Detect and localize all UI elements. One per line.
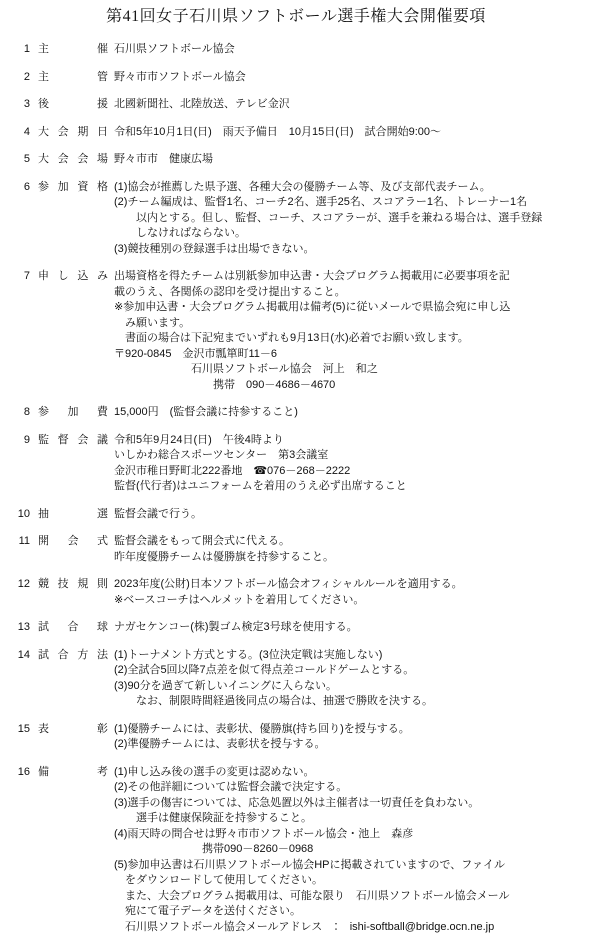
item-row: 11 開会式 監督会議をもって開会式に代える。昨年度優勝チームは優勝旗を持参する… <box>0 534 592 565</box>
item-number: 12 <box>0 577 30 593</box>
item-content: (1)優勝チームには、表彰状、優勝旗(持ち回り)を授与する。(2)準優勝チームに… <box>114 722 592 753</box>
content-line: いしかわ総合スポーツセンター 第3会議室 <box>114 448 592 464</box>
content-line: をダウンロードして使用してください。 <box>114 873 592 889</box>
content-line: (2)その他詳細については監督会議で決定する。 <box>114 780 592 796</box>
item-row: 3 後援 北國新聞社、北陸放送、テレビ金沢 <box>0 97 592 113</box>
item-content: 野々市市 健康広場 <box>114 152 592 168</box>
content-line: (1)優勝チームには、表彰状、優勝旗(持ち回り)を授与する。 <box>114 722 592 738</box>
content-line: 野々市市ソフトボール協会 <box>114 70 592 86</box>
item-row: 2 主管 野々市市ソフトボール協会 <box>0 70 592 86</box>
item-row: 5 大会会場 野々市市 健康広場 <box>0 152 592 168</box>
item-number: 10 <box>0 507 30 523</box>
item-number: 15 <box>0 722 30 738</box>
content-line: (3)競技種別の登録選手は出場できない。 <box>114 242 592 258</box>
content-line: 携帯 090－4686－4670 <box>114 378 592 394</box>
item-content: 監督会議をもって開会式に代える。昨年度優勝チームは優勝旗を持参すること。 <box>114 534 592 565</box>
item-content: 北國新聞社、北陸放送、テレビ金沢 <box>114 97 592 113</box>
item-label: 備考 <box>38 765 108 781</box>
content-line: ※ベースコーチはヘルメットを着用してください。 <box>114 593 592 609</box>
item-label: 大会会場 <box>38 152 108 168</box>
content-line: 令和5年10月1日(日) 雨天予備日 10月15日(日) 試合開始9:00～ <box>114 125 592 141</box>
content-line: (2)チーム編成は、監督1名、コーチ2名、選手25名、スコアラー1名、トレーナー… <box>114 195 592 211</box>
item-number: 16 <box>0 765 30 781</box>
item-label: 参加資格 <box>38 180 108 196</box>
content-line: 〒920-0845 金沢市瓢箪町11－6 <box>114 347 592 363</box>
content-line: 載のうえ、各関係の認印を受け提出すること。 <box>114 285 592 301</box>
item-row: 10 抽選 監督会議で行う。 <box>0 507 592 523</box>
content-line: 宛にて電子データを送付ください。 <box>114 904 592 920</box>
item-label: 表彰 <box>38 722 108 738</box>
content-line: 令和5年9月24日(日) 午後4時より <box>114 433 592 449</box>
content-line: ナガセケンコー(株)製ゴム検定3号球を使用する。 <box>114 620 592 636</box>
item-label: 監督会議 <box>38 433 108 449</box>
item-label: 参加費 <box>38 405 108 421</box>
item-label: 試合方法 <box>38 648 108 664</box>
content-line: なお、制限時間経過後同点の場合は、抽選で勝敗を決する。 <box>114 694 592 710</box>
item-number: 2 <box>0 70 30 86</box>
item-content: (1)申し込み後の選手の変更は認めない。(2)その他詳細については監督会議で決定… <box>114 765 592 936</box>
item-number: 5 <box>0 152 30 168</box>
item-number: 11 <box>0 534 30 550</box>
item-content: (1)協会が推薦した県予選、各種大会の優勝チーム等、及び支部代表チーム。(2)チ… <box>114 180 592 258</box>
item-number: 6 <box>0 180 30 196</box>
item-row: 9 監督会議 令和5年9月24日(日) 午後4時よりいしかわ総合スポーツセンター… <box>0 433 592 495</box>
content-line: (5)参加申込書は石川県ソフトボール協会HPに掲載されていますので、ファイル <box>114 858 592 874</box>
content-line: (3)90分を過ぎて新しいイニングに入らない。 <box>114 679 592 695</box>
content-line: (4)雨天時の問合せは野々市市ソフトボール協会・池上 森彦 <box>114 827 592 843</box>
item-row: 15 表彰 (1)優勝チームには、表彰状、優勝旗(持ち回り)を授与する。(2)準… <box>0 722 592 753</box>
item-number: 7 <box>0 269 30 285</box>
content-line: 2023年度(公財)日本ソフトボール協会オフィシャルルールを適用する。 <box>114 577 592 593</box>
item-content: 令和5年9月24日(日) 午後4時よりいしかわ総合スポーツセンター 第3会議室金… <box>114 433 592 495</box>
items-list: 1 主催 石川県ソフトボール協会 2 主管 野々市市ソフトボール協会 3 後援 … <box>0 42 592 935</box>
item-content: 野々市市ソフトボール協会 <box>114 70 592 86</box>
item-content: ナガセケンコー(株)製ゴム検定3号球を使用する。 <box>114 620 592 636</box>
content-line: 選手は健康保険証を持参すること。 <box>114 811 592 827</box>
item-content: 石川県ソフトボール協会 <box>114 42 592 58</box>
item-label: 申し込み <box>38 269 108 285</box>
item-label: 後援 <box>38 97 108 113</box>
content-line: 北國新聞社、北陸放送、テレビ金沢 <box>114 97 592 113</box>
item-number: 1 <box>0 42 30 58</box>
content-line: 監督(代行者)はユニフォームを着用のうえ必ず出席すること <box>114 479 592 495</box>
content-line: 15,000円 (監督会議に持参すること) <box>114 405 592 421</box>
content-line: 石川県ソフトボール協会 河上 和之 <box>114 362 592 378</box>
item-row: 16 備考 (1)申し込み後の選手の変更は認めない。(2)その他詳細については監… <box>0 765 592 936</box>
item-number: 9 <box>0 433 30 449</box>
item-row: 7 申し込み 出場資格を得たチームは別紙参加申込書・大会プログラム掲載用に必要事… <box>0 269 592 393</box>
item-number: 8 <box>0 405 30 421</box>
content-line: (1)協会が推薦した県予選、各種大会の優勝チーム等、及び支部代表チーム。 <box>114 180 592 196</box>
content-line: (2)全試合5回以降7点差を似て得点差コールドゲームとする。 <box>114 663 592 679</box>
content-line: み願います。 <box>114 316 592 332</box>
item-content: 2023年度(公財)日本ソフトボール協会オフィシャルルールを適用する。※ベースコ… <box>114 577 592 608</box>
item-number: 14 <box>0 648 30 664</box>
content-line: (1)申し込み後の選手の変更は認めない。 <box>114 765 592 781</box>
content-line: 出場資格を得たチームは別紙参加申込書・大会プログラム掲載用に必要事項を記 <box>114 269 592 285</box>
page-title: 第41回女子石川県ソフトボール選手権大会開催要項 <box>0 6 592 28</box>
content-line: 昨年度優勝チームは優勝旗を持参すること。 <box>114 550 592 566</box>
content-line: また、大会プログラム掲載用は、可能な限り 石川県ソフトボール協会メール <box>114 889 592 905</box>
content-line: 野々市市 健康広場 <box>114 152 592 168</box>
content-line: しなければならない。 <box>114 226 592 242</box>
content-line: 以内とする。但し、監督、コーチ、スコアラーが、選手を兼ねる場合は、選手登録 <box>114 211 592 227</box>
item-row: 13 試合球 ナガセケンコー(株)製ゴム検定3号球を使用する。 <box>0 620 592 636</box>
content-line: ※参加申込書・大会プログラム掲載用は備考(5)に従いメールで県協会宛に申し込 <box>114 300 592 316</box>
content-line: 石川県ソフトボール協会メールアドレス ： ishi-softball@bridg… <box>114 920 592 936</box>
content-line: (1)トーナメント方式とする。(3位決定戦は実施しない) <box>114 648 592 664</box>
content-line: 書面の場合は下記宛までいずれも9月13日(水)必着でお願い致します。 <box>114 331 592 347</box>
item-label: 開会式 <box>38 534 108 550</box>
item-number: 13 <box>0 620 30 636</box>
item-label: 大会期日 <box>38 125 108 141</box>
content-line: 監督会議で行う。 <box>114 507 592 523</box>
item-row: 1 主催 石川県ソフトボール協会 <box>0 42 592 58</box>
item-content: 監督会議で行う。 <box>114 507 592 523</box>
item-content: (1)トーナメント方式とする。(3位決定戦は実施しない)(2)全試合5回以降7点… <box>114 648 592 710</box>
item-content: 令和5年10月1日(日) 雨天予備日 10月15日(日) 試合開始9:00～ <box>114 125 592 141</box>
item-row: 4 大会期日 令和5年10月1日(日) 雨天予備日 10月15日(日) 試合開始… <box>0 125 592 141</box>
item-row: 6 参加資格 (1)協会が推薦した県予選、各種大会の優勝チーム等、及び支部代表チ… <box>0 180 592 258</box>
item-number: 3 <box>0 97 30 113</box>
item-label: 主管 <box>38 70 108 86</box>
content-line: 監督会議をもって開会式に代える。 <box>114 534 592 550</box>
item-content: 出場資格を得たチームは別紙参加申込書・大会プログラム掲載用に必要事項を記載のうえ… <box>114 269 592 393</box>
content-line: (2)準優勝チームには、表彰状を授与する。 <box>114 737 592 753</box>
content-line: (3)選手の傷害については、応急処置以外は主催者は一切責任を負わない。 <box>114 796 592 812</box>
item-label: 試合球 <box>38 620 108 636</box>
item-row: 14 試合方法 (1)トーナメント方式とする。(3位決定戦は実施しない)(2)全… <box>0 648 592 710</box>
content-line: 石川県ソフトボール協会 <box>114 42 592 58</box>
item-row: 12 競技規則 2023年度(公財)日本ソフトボール協会オフィシャルルールを適用… <box>0 577 592 608</box>
item-label: 主催 <box>38 42 108 58</box>
content-line: 携帯090－8260－0968 <box>114 842 592 858</box>
document-page: 第41回女子石川県ソフトボール選手権大会開催要項 1 主催 石川県ソフトボール協… <box>0 0 600 947</box>
content-line: 金沢市稚日野町北222番地 ☎076－268－2222 <box>114 464 592 480</box>
item-row: 8 参加費 15,000円 (監督会議に持参すること) <box>0 405 592 421</box>
item-label: 抽選 <box>38 507 108 523</box>
item-content: 15,000円 (監督会議に持参すること) <box>114 405 592 421</box>
item-number: 4 <box>0 125 30 141</box>
item-label: 競技規則 <box>38 577 108 593</box>
